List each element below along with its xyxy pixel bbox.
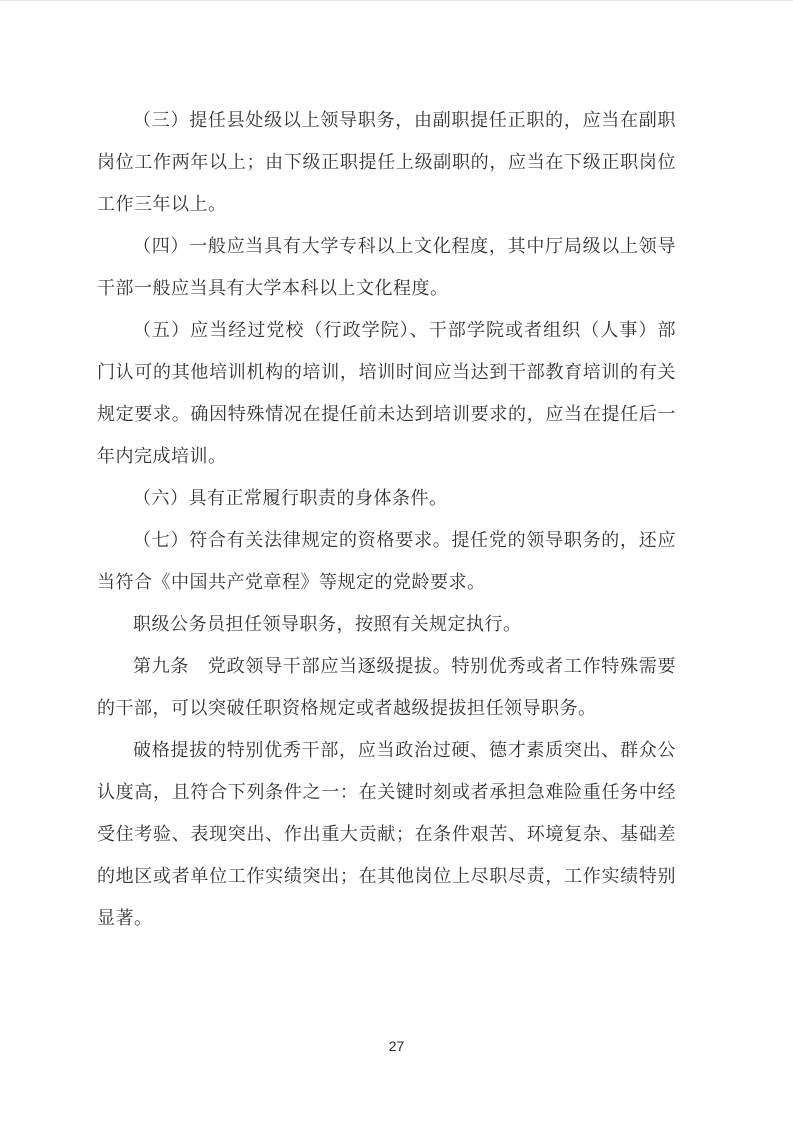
paragraph-clause-4: （四）一般应当具有大学专科以上文化程度，其中厅局级以上领导干部一般应当具有大学本… <box>97 226 676 310</box>
document-page: （三）提任县处级以上领导职务，由副职提任正职的，应当在副职岗位工作两年以上；由下… <box>0 0 793 1122</box>
page-number: 27 <box>0 1037 793 1055</box>
paragraph-clause-7: （七）符合有关法律规定的资格要求。提任党的领导职务的，还应当符合《中国共产党章程… <box>97 520 676 604</box>
paragraph-clause-6: （六）具有正常履行职责的身体条件。 <box>97 478 676 520</box>
paragraph-clause-5: （五）应当经过党校（行政学院）、干部学院或者组织（人事）部门认可的其他培训机构的… <box>97 310 676 478</box>
paragraph-clause-3: （三）提任县处级以上领导职务，由副职提任正职的，应当在副职岗位工作两年以上；由下… <box>97 100 676 226</box>
document-body: （三）提任县处级以上领导职务，由副职提任正职的，应当在副职岗位工作两年以上；由下… <box>97 100 676 940</box>
paragraph-rank-civil-servants: 职级公务员担任领导职务，按照有关规定执行。 <box>97 604 676 646</box>
paragraph-article-9: 第九条 党政领导干部应当逐级提拔。特别优秀或者工作特殊需要的干部，可以突破任职资… <box>97 646 676 730</box>
paragraph-exceptional-promotion: 破格提拔的特别优秀干部，应当政治过硬、德才素质突出、群众公认度高，且符合下列条件… <box>97 730 676 940</box>
